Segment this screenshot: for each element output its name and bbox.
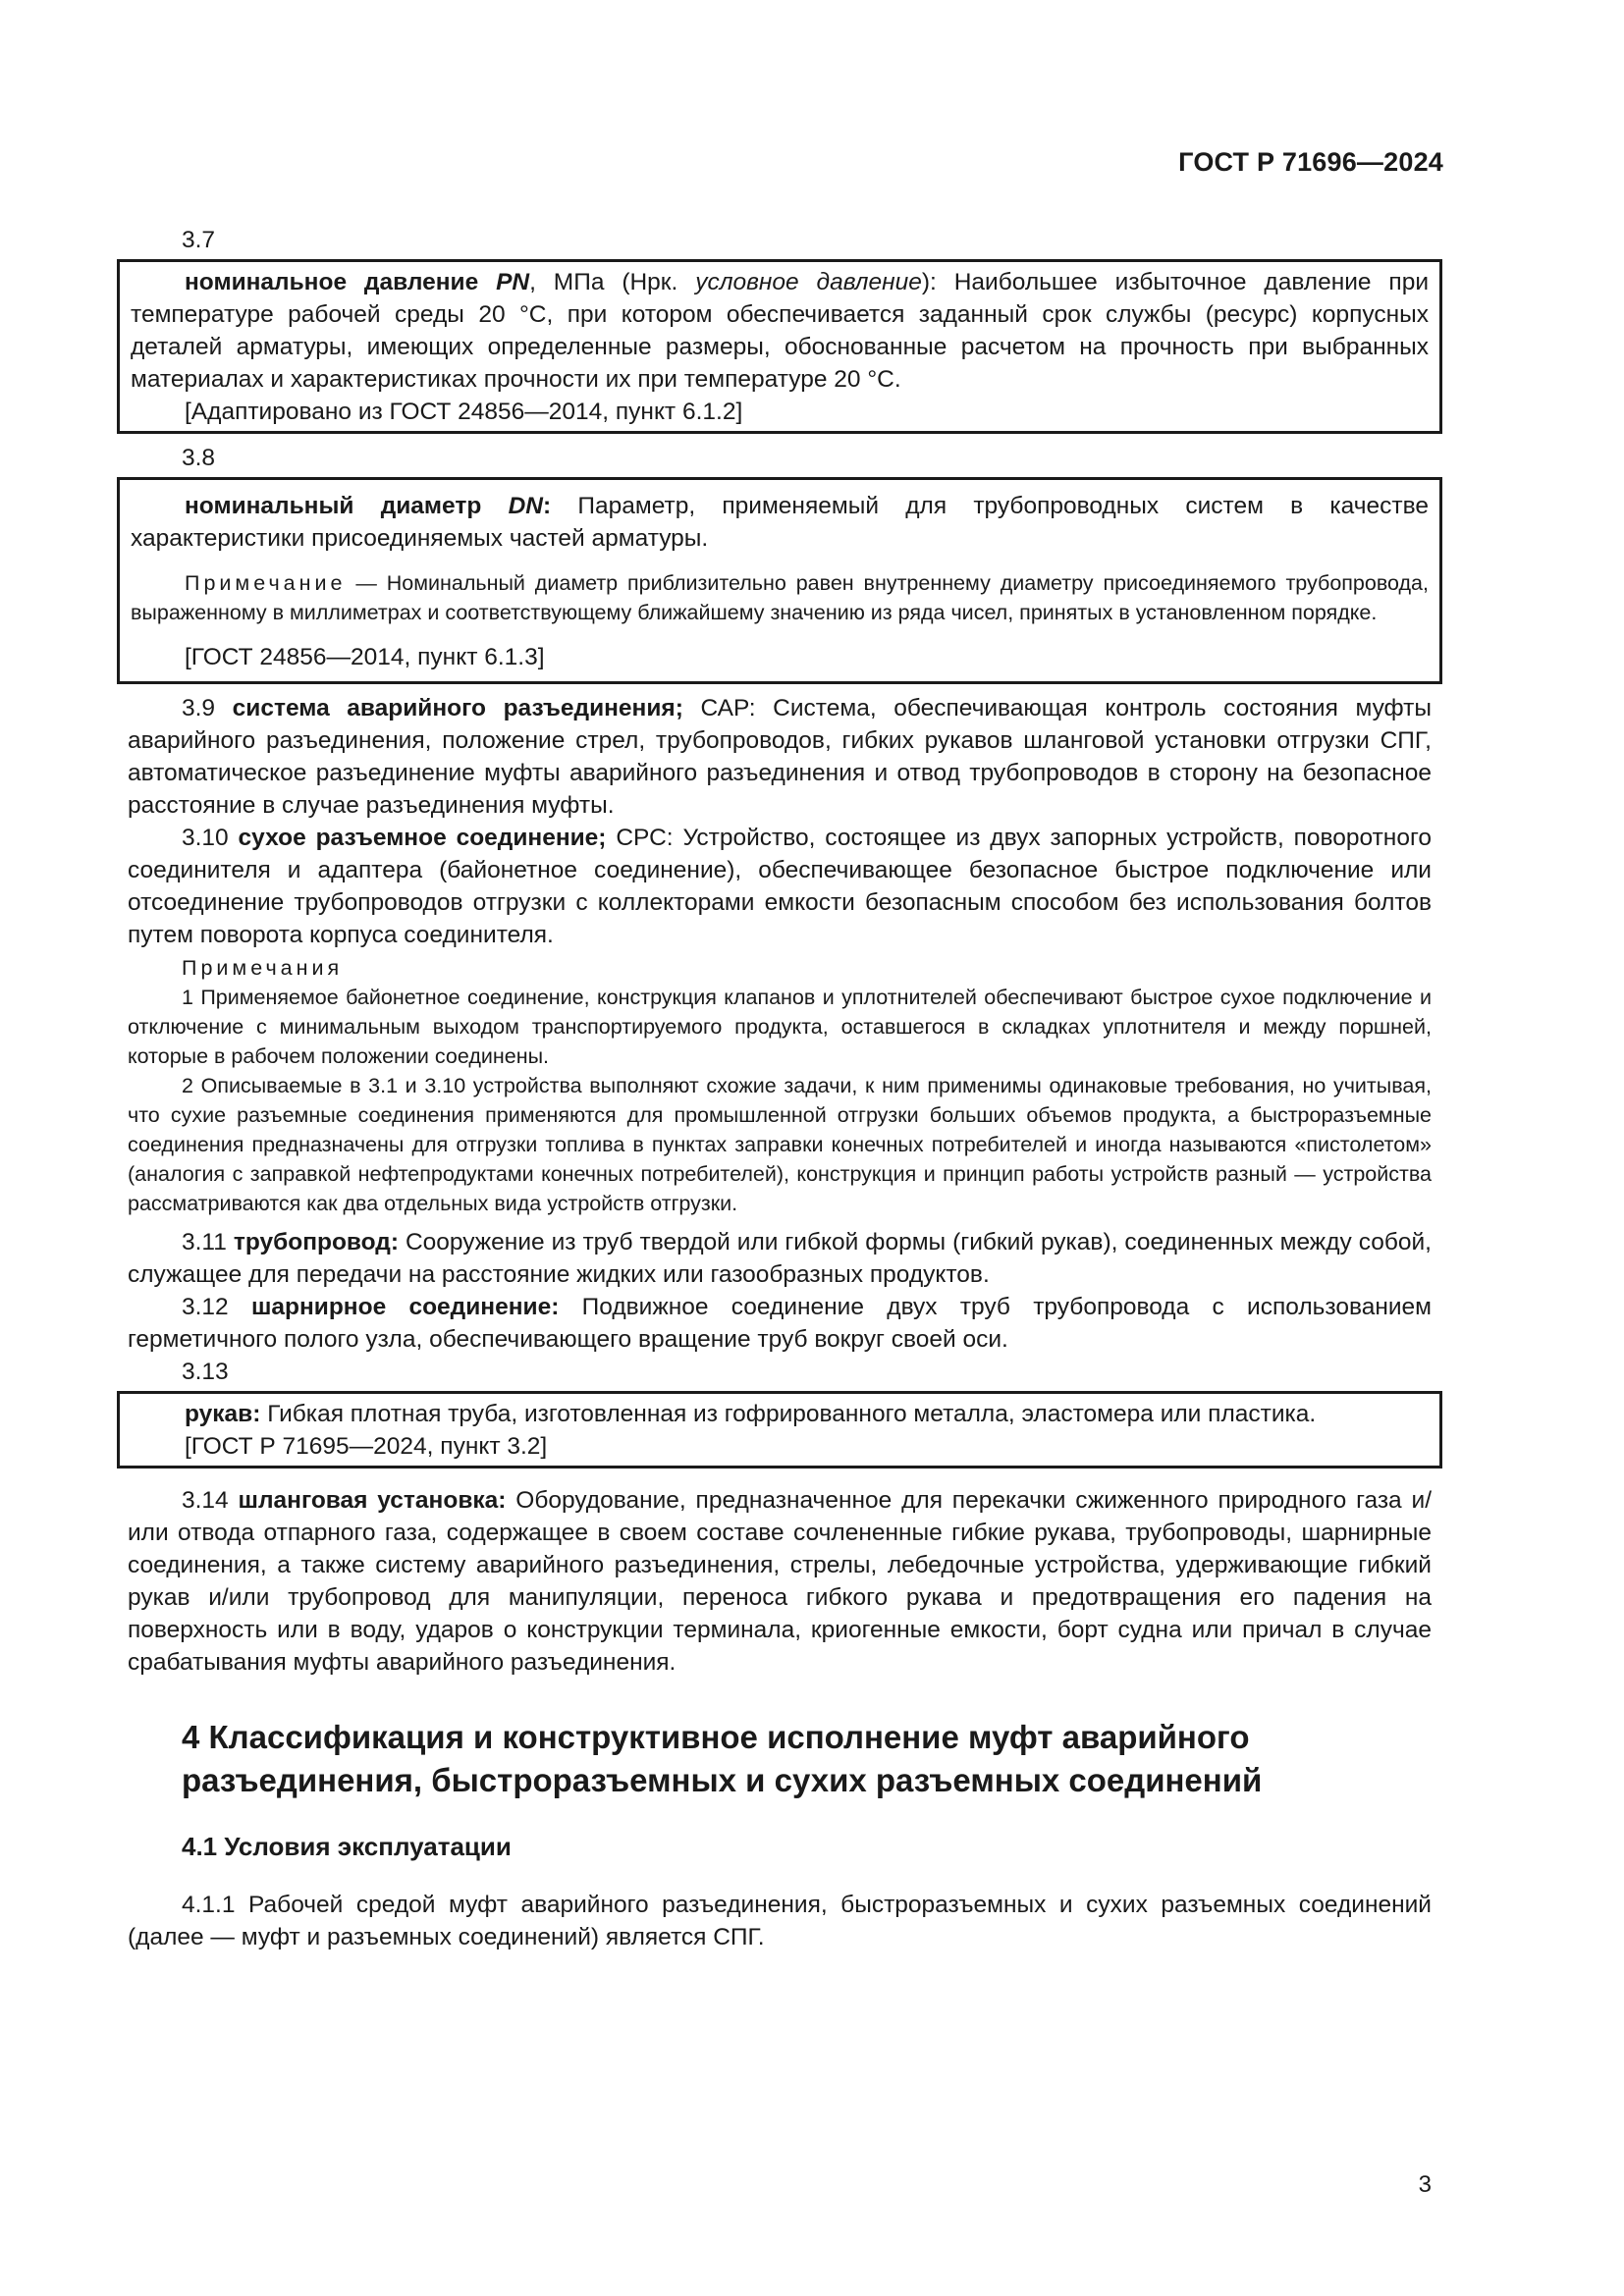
term-3-10-note-2: 2 Описываемые в 3.1 и 3.10 устройства вы…	[128, 1071, 1432, 1218]
term-3-10-note-1: 1 Применяемое байонетное соединение, кон…	[128, 983, 1432, 1071]
term-box-3-7: номинальное давление PN, МПа (Нрк. услов…	[117, 259, 1442, 434]
page-number: 3	[1419, 2171, 1432, 2199]
term-3-13-source: [ГОСТ Р 71695—2024, пункт 3.2]	[131, 1430, 1429, 1463]
term-number-3-8: 3.8	[128, 442, 1432, 474]
term-3-7-symbol: PN	[496, 269, 529, 295]
term-3-11-name: трубопровод:	[234, 1229, 399, 1255]
note-label: Примечание	[185, 571, 346, 595]
term-3-9-name: система аварийного разъединения;	[233, 695, 683, 721]
term-box-3-13: рукав: Гибкая плотная труба, изготовленн…	[117, 1391, 1442, 1468]
term-3-7-deprecated: условное давление	[695, 269, 922, 295]
term-number-3-7: 3.7	[128, 224, 1432, 256]
term-number-3-13: 3.13	[128, 1356, 1432, 1388]
term-box-3-8: номинальный диаметр DN: Параметр, примен…	[117, 477, 1442, 684]
term-3-7-name: номинальное давление	[185, 269, 496, 295]
section-4-heading: 4 Классификация и конструктивное исполне…	[128, 1716, 1311, 1802]
term-3-8-name: номинальный диаметр	[185, 493, 509, 519]
term-3-12: 3.12 шарнирное соединение: Подвижное сое…	[128, 1291, 1432, 1356]
paragraph-4-1-1: 4.1.1 Рабочей средой муфт аварийного раз…	[128, 1889, 1432, 1953]
term-3-14-name: шланговая установка:	[239, 1487, 507, 1514]
term-3-9: 3.9 система аварийного разъединения; САР…	[128, 692, 1432, 822]
term-3-8-definition: номинальный диаметр DN: Параметр, примен…	[131, 490, 1429, 555]
term-3-13-definition: рукав: Гибкая плотная труба, изготовленн…	[131, 1398, 1429, 1430]
term-3-11: 3.11 трубопровод: Сооружение из труб тве…	[128, 1226, 1432, 1291]
term-3-8-symbol: DN	[509, 493, 543, 519]
term-3-8-note: Примечание — Номинальный диаметр приблиз…	[131, 568, 1429, 627]
term-3-12-name: шарнирное соединение:	[251, 1294, 559, 1320]
term-3-8-source: [ГОСТ 24856—2014, пункт 6.1.3]	[131, 641, 1429, 673]
document-code-header: ГОСТ Р 71696—2024	[1178, 147, 1443, 178]
term-3-7-source: [Адаптировано из ГОСТ 24856—2014, пункт …	[131, 396, 1429, 428]
term-3-10: 3.10 сухое разъемное соединение; СРС: Ус…	[128, 822, 1432, 951]
term-3-10-notes-label: Примечания	[128, 953, 1432, 983]
document-body: 3.7 номинальное давление PN, МПа (Нрк. у…	[128, 224, 1432, 1953]
term-3-10-name: сухое разъемное соединение;	[239, 825, 607, 851]
term-3-13-name: рукав:	[185, 1401, 260, 1427]
term-3-14: 3.14 шланговая установка: Оборудование, …	[128, 1484, 1432, 1679]
term-3-7-definition: номинальное давление PN, МПа (Нрк. услов…	[131, 266, 1429, 396]
section-4-1-heading: 4.1 Условия эксплуатации	[128, 1830, 1432, 1863]
